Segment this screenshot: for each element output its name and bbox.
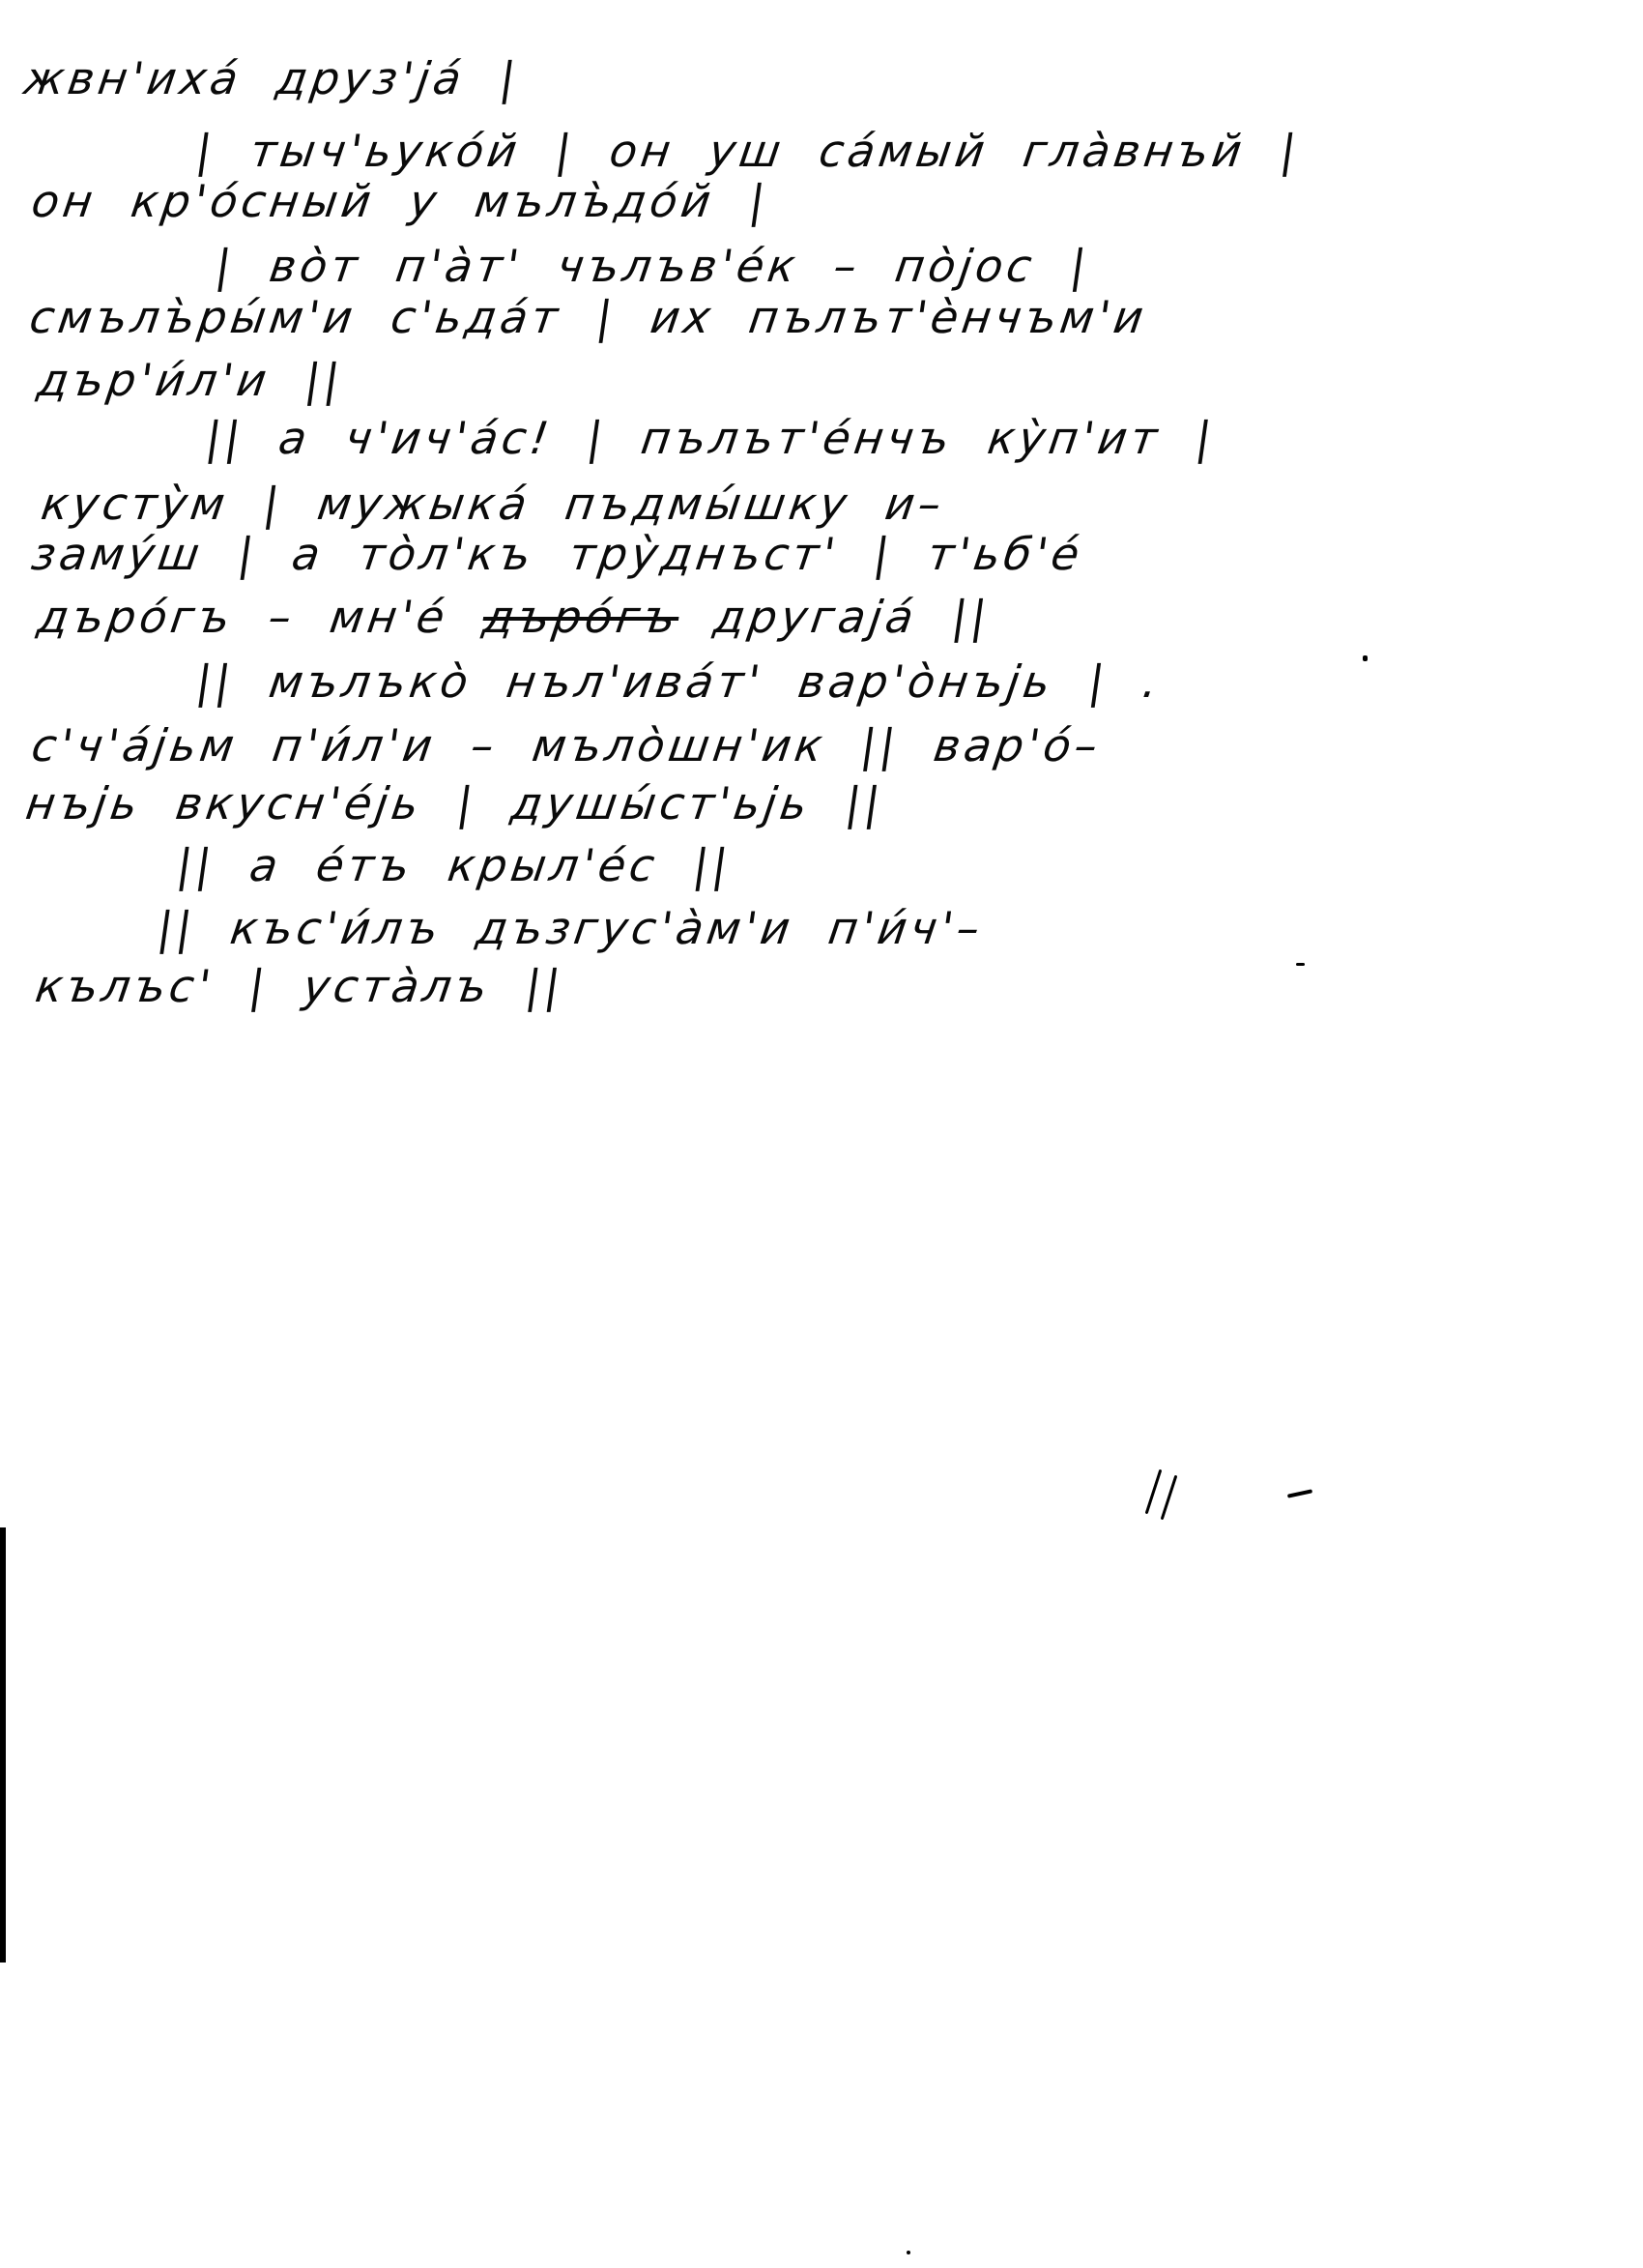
speck-mark — [1296, 963, 1305, 966]
text-line-3: он кр'о́сный у мълъ̀до́й | — [29, 179, 771, 223]
text-line-6: дър'и́л'и || — [35, 358, 346, 402]
text-line-5: смълъ̀ры́м'и с'ьда́т | их пълът'ѐнчъм'и — [27, 295, 1150, 339]
speck-mark — [907, 2251, 910, 2254]
line-10-after: другаја́ || — [676, 591, 994, 643]
text-line-13: нъјь вкусн'е́јь | душы́ст'ьјь || — [23, 781, 886, 826]
text-line-11: || мълъко̀ нъл'ива́т' вар'о̀нъјь | . — [193, 659, 1165, 704]
text-line-8: кусту̀м | мужыка́ пъдмы́шку и– — [39, 481, 948, 526]
scan-edge-bar — [0, 1527, 6, 1963]
text-line-7: || а ч'ич'а́с! | пълът'е́нчъ ку̀п'ит | — [203, 416, 1218, 460]
text-line-14: || а е́тъ крыл'е́с || — [174, 843, 735, 887]
handwritten-page: жвн'иха́ друз'ја́ | | тыч'ьуко́й | он уш… — [0, 0, 1643, 2268]
text-line-12: с'ч'а́јьм п'и́л'и – мъло̀шн'ик || вар'о́… — [29, 723, 1104, 768]
text-line-1: жвн'иха́ друз'ја́ | — [21, 56, 522, 101]
speck-mark — [1363, 655, 1368, 661]
text-line-4: | во̀т п'а̀т' чълъв'е́к – по̀јос | — [213, 244, 1092, 288]
text-line-15: || къс'и́лъ дъзгус'а̀м'и п'и́ч'– — [155, 906, 986, 950]
line-10-before: дъро́гъ – мн'е́ — [34, 591, 487, 643]
text-line-10: дъро́гъ – мн'е́ дъро́гъ другаја́ || — [35, 595, 994, 639]
dash-mark — [1287, 1489, 1312, 1497]
text-line-16: кълъс' | уста̀лъ || — [33, 964, 566, 1008]
text-line-2: | тыч'ьуко́й | он уш са́мый гла̀внъй | — [193, 129, 1303, 173]
text-line-9: заму́ш | а то̀л'къ тру̀днъст' | т'ьб'е́ — [29, 532, 1086, 576]
double-slash-mark — [1140, 1465, 1198, 1532]
struck-out-word: дъро́гъ — [479, 591, 682, 643]
